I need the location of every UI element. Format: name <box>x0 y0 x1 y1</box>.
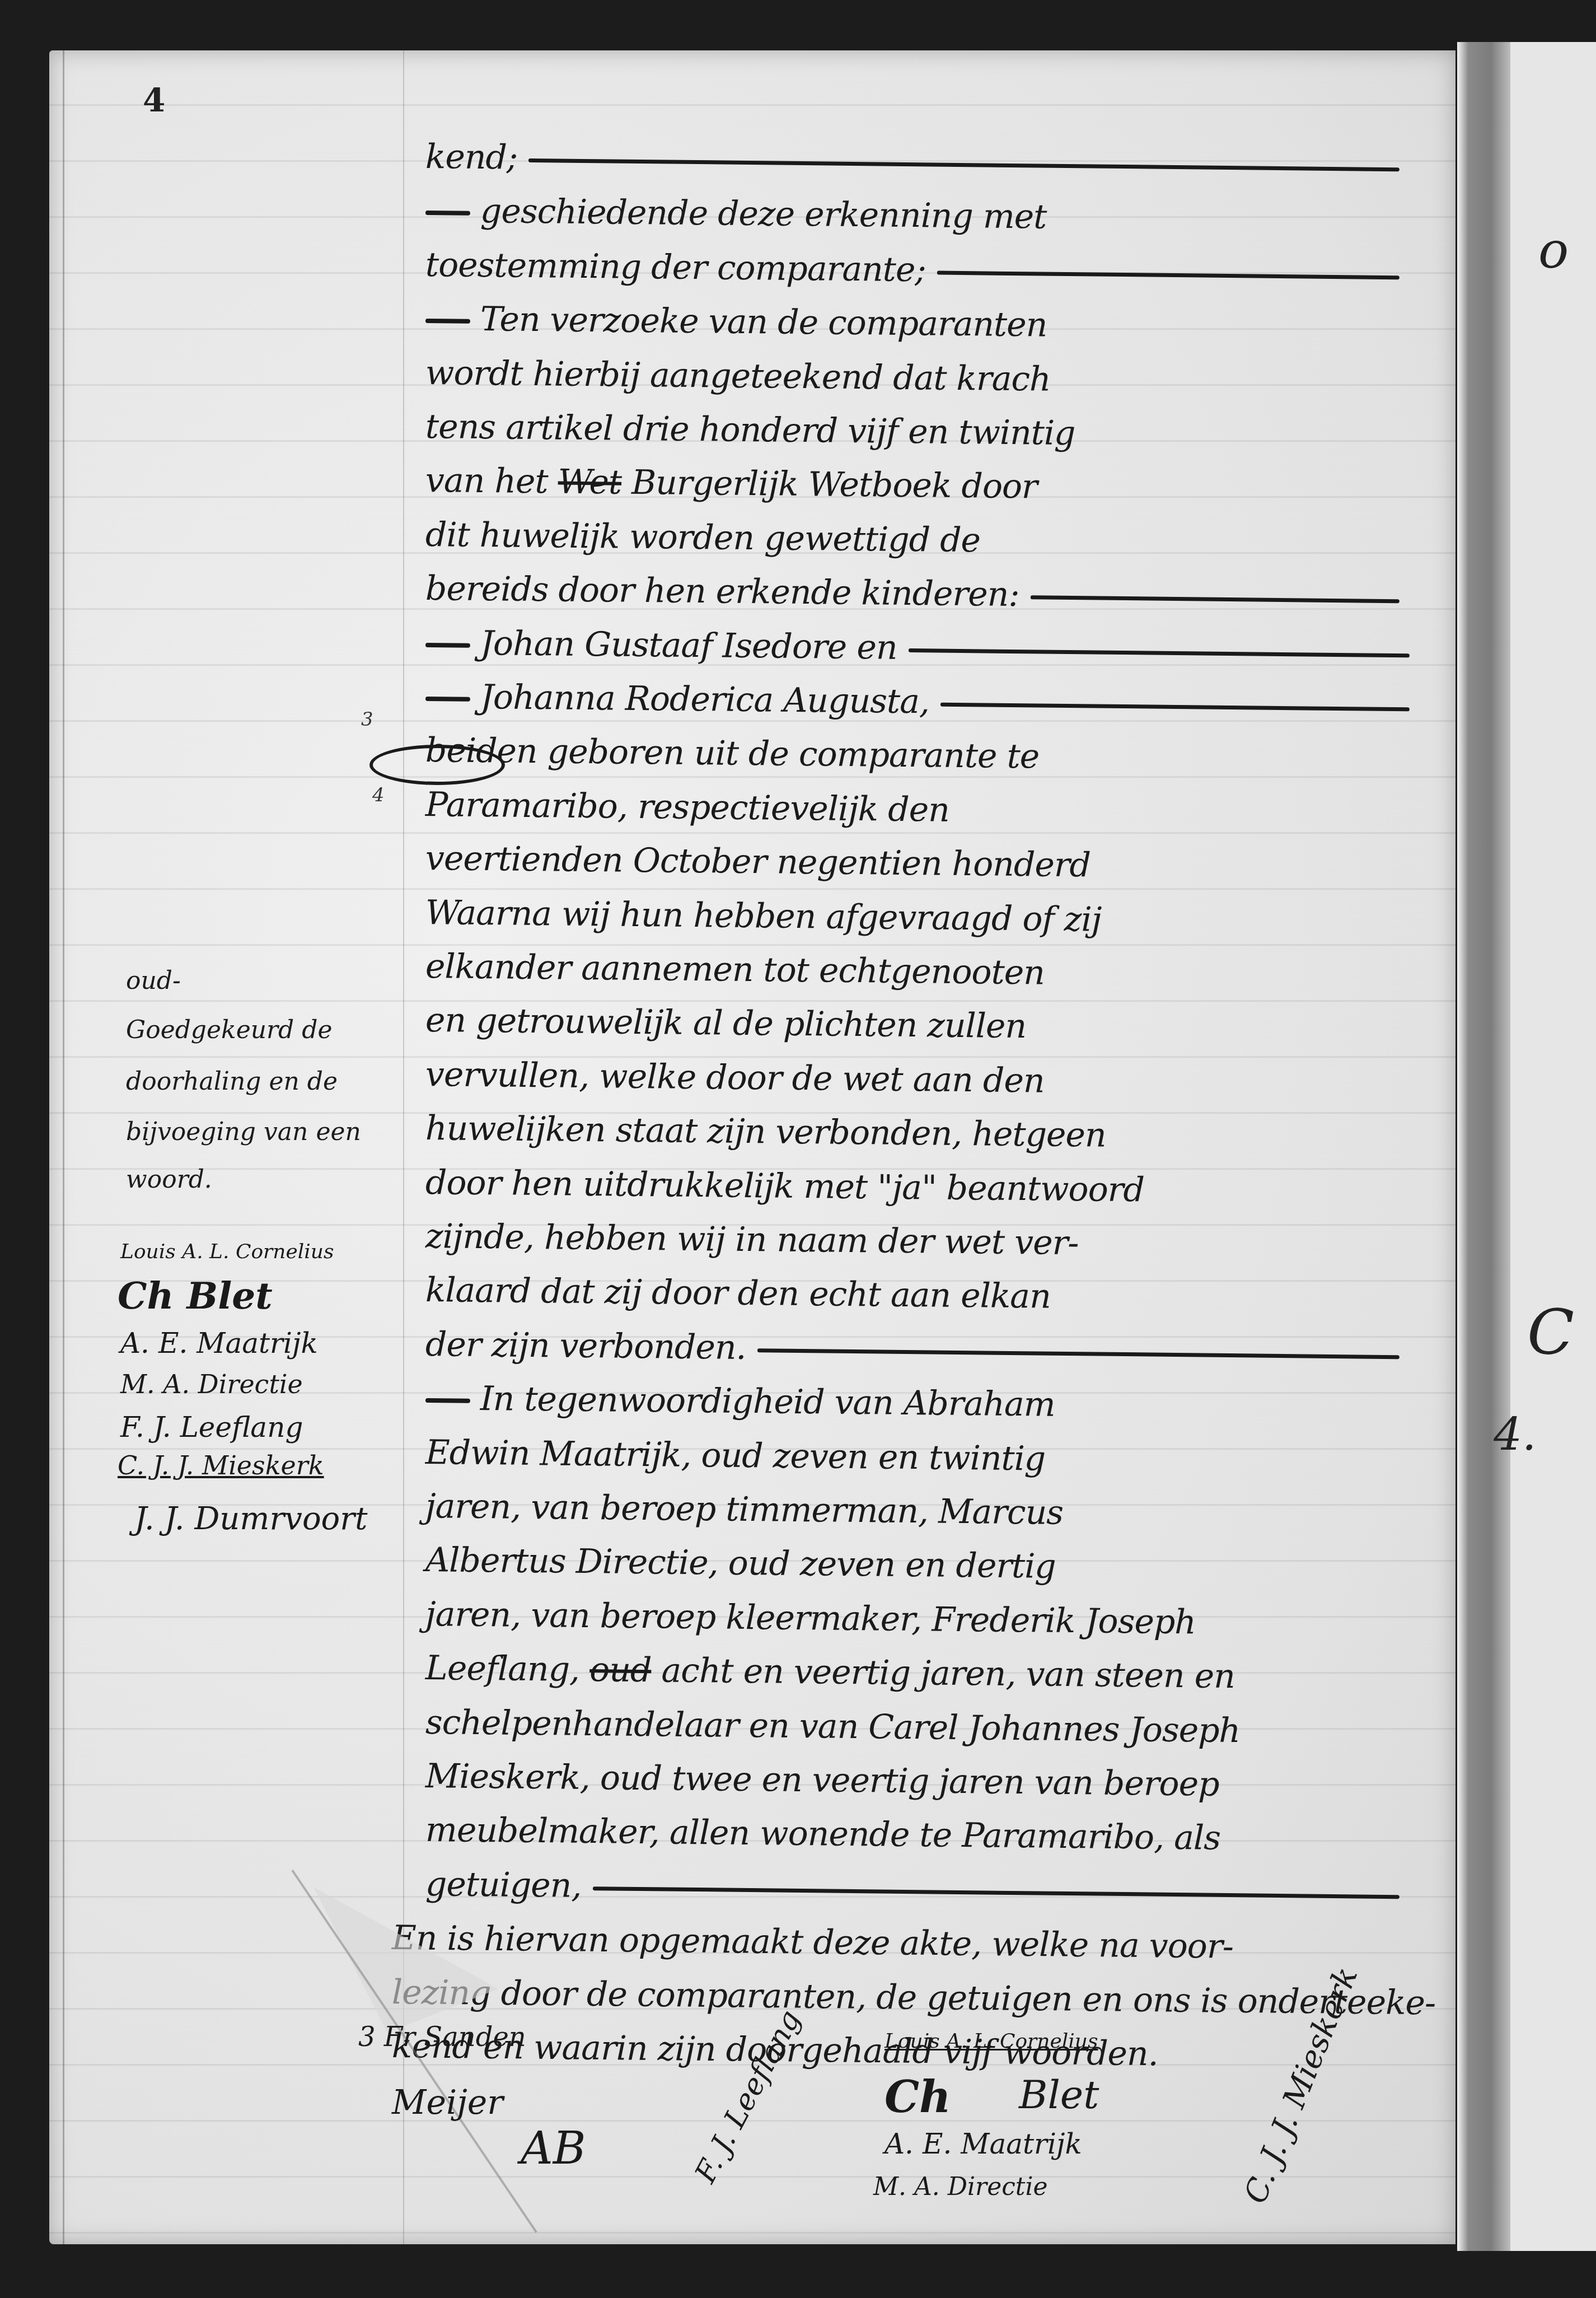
line-filler-rule <box>940 703 1410 712</box>
adjacent-page-mark: C <box>1527 1296 1574 1368</box>
page-number: 4 <box>143 81 165 119</box>
line-text: schelpenhandelaar en van Carel Johannes … <box>425 1703 1241 1750</box>
line-text: vervullen, welke door de wet aan den <box>425 1055 1045 1101</box>
margin-note-line: bijvoeging van een <box>126 1120 389 1145</box>
adjacent-page-mark: o <box>1538 221 1569 280</box>
line-text: Leeflang, <box>425 1648 590 1689</box>
line-text: dit huwelijk worden gewettigd de <box>425 515 981 560</box>
line-text: veertienden October negentien honderd <box>425 839 1091 885</box>
line-text: beiden geboren uit de comparante te <box>425 731 1040 776</box>
signature: 3 Fr Sanden <box>358 2021 526 2053</box>
line-text: Ten verzoeke van de comparanten <box>480 300 1047 345</box>
signature: J. J. Dumrvoort <box>134 1501 368 1537</box>
struck-word: Wet <box>558 463 621 502</box>
line-text: getuigen, <box>425 1865 582 1905</box>
signature: Ch <box>884 2072 951 2123</box>
margin-note-line: woord. <box>126 1167 389 1192</box>
signature: C. J. J. Mieskerk <box>118 1450 324 1480</box>
line-text: zijnde, hebben wij in naam der wet ver- <box>425 1217 1079 1263</box>
line-text: jaren, van beroep kleermaker, Frederik J… <box>425 1595 1196 1642</box>
line-text: der zijn verbonden. <box>425 1325 746 1367</box>
leading-dash <box>425 643 470 648</box>
struck-word: oud <box>589 1650 652 1690</box>
line-text: wordt hierbij aangeteekend dat krach <box>425 353 1051 399</box>
signature: Ch Blet <box>118 1274 273 1318</box>
line-text: van het <box>425 461 558 501</box>
line-text: huwelijken staat zijn verbonden, hetgeen <box>425 1109 1106 1155</box>
line-filler-rule <box>757 1348 1400 1359</box>
line-text: Johan Gustaaf Isedore en <box>480 624 897 667</box>
line-text: Johanna Roderica Augusta, <box>480 678 930 721</box>
signature: F. J. Leeflang <box>120 1411 303 1444</box>
signature: Blet <box>1019 2072 1099 2118</box>
line-text: door hen uitdrukkelijk met "ja" beantwoo… <box>425 1163 1145 1209</box>
signature: AB <box>521 2122 586 2174</box>
margin-number: 4 <box>372 784 385 806</box>
signature: M. A. Directie <box>120 1369 303 1399</box>
line-text: Paramaribo, respectievelijk den <box>425 785 949 830</box>
adjacent-page-mark: 4. <box>1494 1408 1536 1460</box>
signature: Meijer <box>392 2083 503 2122</box>
signature: M. A. Directie <box>873 2173 1048 2201</box>
margin-note-line: Goedgekeurd de <box>126 1018 389 1043</box>
line-filler-rule <box>1031 595 1400 603</box>
line-text: acht en veertig jaren, van steen en <box>651 1651 1235 1696</box>
line-text: klaard dat zij door den echt aan elkan <box>425 1271 1051 1316</box>
line-text: kend; <box>425 137 518 178</box>
line-text: en getrouwelijk al de plichten zullen <box>425 1001 1027 1046</box>
line-text: geschiedende deze erkenning met <box>480 191 1047 237</box>
line-text: bereids door hen erkende kinderen: <box>425 569 1019 614</box>
leading-dash <box>425 319 470 324</box>
circled-insertion-mark <box>369 745 505 785</box>
binding-edge-rule <box>63 50 64 2244</box>
record-line: lezing door de comparanten, de getuigen … <box>392 1975 1400 2020</box>
line-filler-rule <box>528 158 1400 171</box>
line-filler-rule <box>908 648 1409 657</box>
line-text: In tegenwoordigheid van Abraham <box>480 1379 1055 1424</box>
line-filler-rule <box>937 270 1400 279</box>
signature: Louis A. L. Cornelius <box>884 2030 1098 2053</box>
signature: A. E. Maatrijk <box>884 2128 1082 2160</box>
leading-dash <box>425 211 470 216</box>
line-text: Albertus Directie, oud zeven en dertig <box>425 1540 1056 1586</box>
signature: Louis A. L. Cornelius <box>120 1240 334 1263</box>
signature: A. E. Maatrijk <box>120 1327 318 1360</box>
leading-dash <box>425 697 470 702</box>
margin-rule <box>403 50 404 2244</box>
line-text: jaren, van beroep timmerman, Marcus <box>425 1487 1064 1533</box>
gutter-shadow <box>1457 42 1510 2251</box>
line-text: Edwin Maatrijk, oud zeven en twintig <box>425 1433 1046 1479</box>
line-text: Burgerlijk Wetboek door <box>621 463 1037 507</box>
margin-number: 3 <box>361 708 373 731</box>
line-text: toestemming der comparante; <box>425 245 926 289</box>
margin-note-line: oud- <box>126 969 389 993</box>
line-filler-rule <box>592 1886 1399 1899</box>
adjacent-page: o C 4. <box>1457 42 1596 2251</box>
leading-dash <box>425 1399 470 1404</box>
line-text: Mieskerk, oud twee en veertig jaren van … <box>425 1757 1219 1804</box>
line-text: tens artikel drie honderd vijf en twinti… <box>425 407 1075 453</box>
margin-note-line: doorhaling en de <box>126 1069 389 1094</box>
line-text: Waarna wij hun hebben afgevraagd of zij <box>425 893 1102 940</box>
line-text: elkander aannemen tot echtgenooten <box>425 947 1045 993</box>
